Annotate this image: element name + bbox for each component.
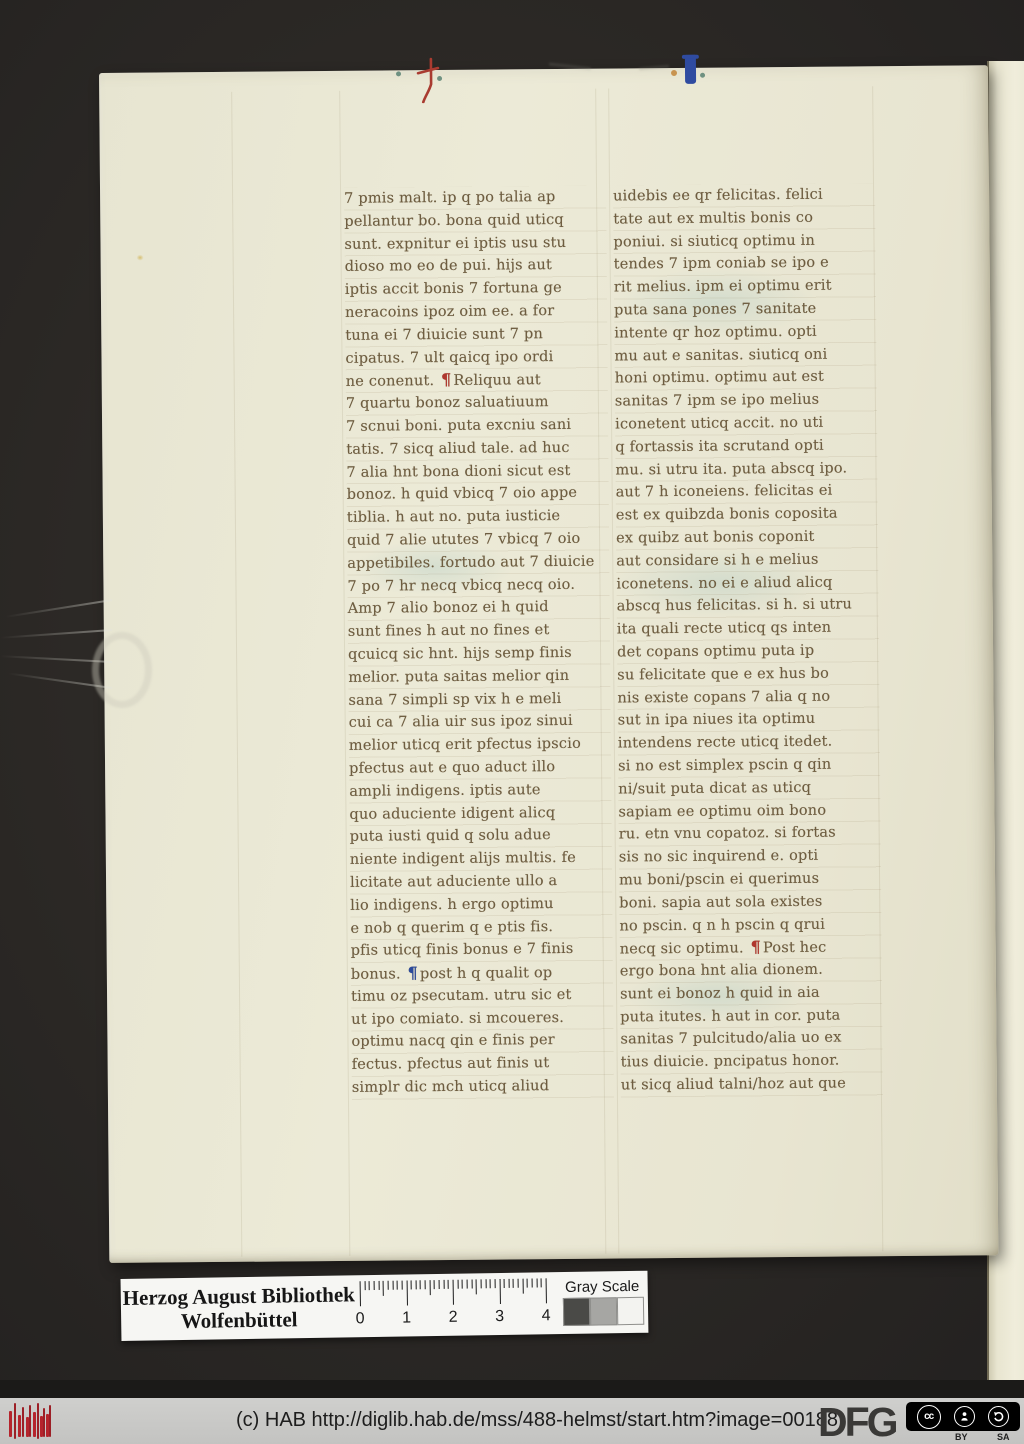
manuscript-line: si no est simplex pscin q qin — [618, 753, 880, 778]
manuscript-page: 7 pmis malt. ip q po talia appellantur b… — [99, 65, 998, 1263]
manuscript-line: ergo bona hnt alia dionem. — [620, 958, 882, 983]
manuscript-line: sapiam ee optimu oim bono — [618, 799, 880, 824]
manuscript-line: tendes 7 ipm coniab se ipo e — [614, 252, 876, 277]
manuscript-line: quo aduciente idigent alicq — [349, 801, 611, 826]
manuscript-line: est ex quibzda bonis coposita — [616, 502, 878, 527]
cc-sa-arrow-icon — [988, 1406, 1009, 1427]
ruler-number: 1 — [400, 1309, 414, 1327]
manuscript-line: aut considare si h e melius — [616, 548, 878, 573]
manuscript-line: tius diuicie. pncipatus honor. — [621, 1049, 883, 1074]
page-speck — [137, 255, 144, 261]
manuscript-line: neracoins ipoz oim ee. a for — [345, 300, 607, 325]
manuscript-line: licitate aut aduciente ullo a — [350, 869, 612, 894]
photo-background: 7 pmis malt. ip q po talia appellantur b… — [0, 0, 1024, 1398]
manuscript-line: 7 alia hnt bona dioni sicut est — [346, 459, 608, 484]
manuscript-line: q fortassis ita scrutand opti — [615, 434, 877, 459]
manuscript-line: rit melius. ipm ei optimu erit — [614, 274, 876, 299]
cm-ruler: 01234 — [356, 1272, 557, 1337]
page-holder-clip — [92, 632, 152, 708]
manuscript-line: nis existe copans 7 alia q no — [617, 685, 879, 710]
manuscript-line: honi optimu. optimu aut est — [615, 366, 877, 391]
ruler-number: 2 — [446, 1309, 460, 1327]
library-name-line2: Wolfenbüttel — [121, 1306, 357, 1334]
manuscript-line: abscq hus felicitas. si h. si utru — [617, 594, 879, 619]
manuscript-line: iconetent uticq accit. no uti — [615, 411, 877, 436]
manuscript-line: det copans optimu puta ip — [617, 639, 879, 664]
manuscript-line: puta sana pones 7 sanitate — [614, 297, 876, 322]
manuscript-line: iptis accit bonis 7 fortuna ge — [345, 277, 607, 302]
manuscript-line: ita quali recte uticq qs inten — [617, 616, 879, 641]
manuscript-line: pellantur bo. bona quid uticq — [344, 208, 606, 233]
cc-by-person-icon — [954, 1406, 975, 1427]
manuscript-line: sanitas 7 ipm se ipo melius — [615, 388, 877, 413]
manuscript-line: pfectus aut e quo aduct illo — [349, 755, 611, 780]
manuscript-line: 7 pmis malt. ip q po talia ap — [344, 186, 606, 211]
manuscript-line: mu boni/pscin ei querimus — [619, 867, 881, 892]
manuscript-line: appetibiles. fortudo aut 7 diuicie — [347, 550, 609, 575]
manuscript-line: mu aut e sanitas. siuticq oni — [614, 343, 876, 368]
manuscript-line: tatis. 7 sicq aliud tale. ad huc — [346, 436, 608, 461]
text-column-right: uidebis ee qr felicitas. felicitate aut … — [613, 183, 883, 1100]
cc-license-badge: cc — [906, 1402, 1020, 1431]
manuscript-line: e nob q querim q e ptis fis. — [350, 915, 612, 940]
manuscript-line: su felicitate que e ex hus bo — [617, 662, 879, 687]
manuscript-line: poniui. si siuticq optimu in — [613, 229, 875, 254]
manuscript-line: sanitas 7 pulcitudo/alia uo ex — [620, 1027, 882, 1052]
gray-scale-target: Gray Scale — [556, 1271, 648, 1334]
paraph-mark: ¶ — [749, 938, 764, 957]
blue-penwork-initial — [685, 55, 696, 84]
manuscript-line: bonus. ¶post h q qualit op — [351, 961, 613, 986]
manuscript-line: simplr dic mch uticq aliud — [352, 1075, 614, 1100]
manuscript-line: niente indigent alijs multis. fe — [350, 847, 612, 872]
digitized-manuscript-viewer: 7 pmis malt. ip q po talia appellantur b… — [0, 0, 1024, 1444]
manuscript-line: 7 scnui boni. puta excniu sani — [346, 414, 608, 439]
manuscript-line: ut ipo comiato. si mcoueres. — [351, 1006, 613, 1031]
manuscript-line: pfis uticq finis bonus e 7 finis — [351, 938, 613, 963]
manuscript-line: Amp 7 alio bonoz ei h quid — [348, 596, 610, 621]
manuscript-line: cipatus. 7 ult qaicq ipo ordi — [345, 345, 607, 370]
dfg-logo: DFG — [818, 1399, 896, 1444]
manuscript-line: dioso mo eo de pui. hijs aut — [345, 254, 607, 279]
ink-dot — [437, 76, 442, 81]
ruler-number: 4 — [539, 1307, 553, 1325]
manuscript-line: lio indigens. h ergo optimu — [350, 892, 612, 917]
manuscript-line: ne conenut. ¶Reliquu aut — [346, 368, 608, 393]
paraph-mark: ¶ — [406, 963, 421, 982]
manuscript-line: ni/suit puta dicat as uticq — [618, 776, 880, 801]
manuscript-line: ut sicq aliud talni/hoz aut que — [621, 1072, 883, 1097]
library-name-line1: Herzog August Bibliothek — [121, 1282, 357, 1310]
cc-by-label: BY — [955, 1432, 968, 1442]
manuscript-line: 7 po 7 hr necq vbicq necq oio. — [347, 573, 609, 598]
hab-red-bars-logo-icon — [9, 1403, 55, 1441]
gray-scale-patch — [563, 1298, 590, 1326]
faded-title-trace — [639, 65, 669, 71]
ruler-number: 3 — [493, 1308, 507, 1326]
manuscript-line: sana 7 simpli sp vix h e meli — [348, 687, 610, 712]
ruler-ticks: 01234 — [360, 1278, 556, 1335]
gray-scale-patches — [563, 1297, 644, 1326]
manuscript-line: optimu nacq qin e finis per — [351, 1029, 613, 1054]
manuscript-line: intente qr hoz optimu. opti — [614, 320, 876, 345]
cc-icon: cc — [917, 1405, 941, 1429]
manuscript-line: sunt ei bonoz h quid in aia — [620, 981, 882, 1006]
text-column-left: 7 pmis malt. ip q po talia appellantur b… — [344, 186, 614, 1103]
manuscript-line: bonoz. h quid vbicq 7 oio appe — [347, 482, 609, 507]
manuscript-line: ru. etn vnu copatoz. si fortas — [619, 822, 881, 847]
manuscript-line: puta iusti quid q solu adue — [350, 824, 612, 849]
footer-dark-strip — [0, 1380, 1024, 1398]
manuscript-line: iconetens. no ei e aliud alicq — [616, 571, 878, 596]
manuscript-line: ex quibz aut bonis coponit — [616, 525, 878, 550]
manuscript-line: necq sic optimu. ¶Post hec — [620, 936, 882, 961]
manuscript-line: sut in ipa niues ita optimu — [618, 708, 880, 733]
ink-dot — [671, 70, 677, 76]
manuscript-line: 7 quartu bonoz saluatiuum — [346, 391, 608, 416]
manuscript-line: uidebis ee qr felicitas. felici — [613, 183, 875, 208]
manuscript-line: puta itutes. h aut in cor. puta — [620, 1004, 882, 1029]
manuscript-line: aut 7 h iconeiens. felicitas ei — [616, 480, 878, 505]
faded-title-trace — [549, 63, 591, 71]
manuscript-line: sunt. expnitur ei iptis usu stu — [344, 231, 606, 256]
cc-sa-label: SA — [997, 1432, 1010, 1442]
library-name: Herzog August Bibliothek Wolfenbüttel — [121, 1275, 358, 1341]
manuscript-line: sunt fines h aut no fines et — [348, 619, 610, 644]
manuscript-line: tiblia. h aut no. puta iusticie — [347, 505, 609, 530]
manuscript-line: sis no sic inquirend e. opti — [619, 844, 881, 869]
ink-dot — [700, 73, 705, 78]
manuscript-line: quid 7 alie ututes 7 vbicq 7 oio — [347, 528, 609, 553]
manuscript-line: boni. sapia aut sola existes — [619, 890, 881, 915]
manuscript-line: timu oz psecutam. utru sic et — [351, 983, 613, 1008]
copyright-url-text: (c) HAB http://diglib.hab.de/mss/488-hel… — [236, 1409, 838, 1432]
ruler-number: 0 — [353, 1310, 367, 1328]
gray-scale-patch — [590, 1297, 617, 1325]
margin-ruling-line — [231, 92, 242, 1257]
manuscript-line: ampli indigens. iptis aute — [349, 778, 611, 803]
ink-dot — [396, 71, 401, 76]
manuscript-line: mu. si utru ita. puta abscq ipo. — [615, 457, 877, 482]
manuscript-line: no pscin. q n h pscin q qrui — [619, 913, 881, 938]
manuscript-line: melior uticq erit pfectus ipscio — [349, 733, 611, 758]
calibration-card: Herzog August Bibliothek Wolfenbüttel 01… — [121, 1271, 649, 1341]
paraph-mark: ¶ — [439, 370, 454, 389]
manuscript-line: melior. puta saitas melior qin — [348, 664, 610, 689]
manuscript-line: tuna ei 7 diuicie sunt 7 pn — [345, 322, 607, 347]
manuscript-line: cui ca 7 alia uir sus ipoz sinui — [349, 710, 611, 735]
gray-scale-label: Gray Scale — [557, 1278, 648, 1296]
manuscript-line: tate aut ex multis bonis co — [613, 206, 875, 231]
gray-scale-patch — [617, 1297, 644, 1325]
manuscript-line: qcuicq sic hnt. hijs semp finis — [348, 642, 610, 667]
manuscript-line: intendens recte uticq itedet. — [618, 730, 880, 755]
manuscript-line: fectus. pfectus aut finis ut — [352, 1052, 614, 1077]
